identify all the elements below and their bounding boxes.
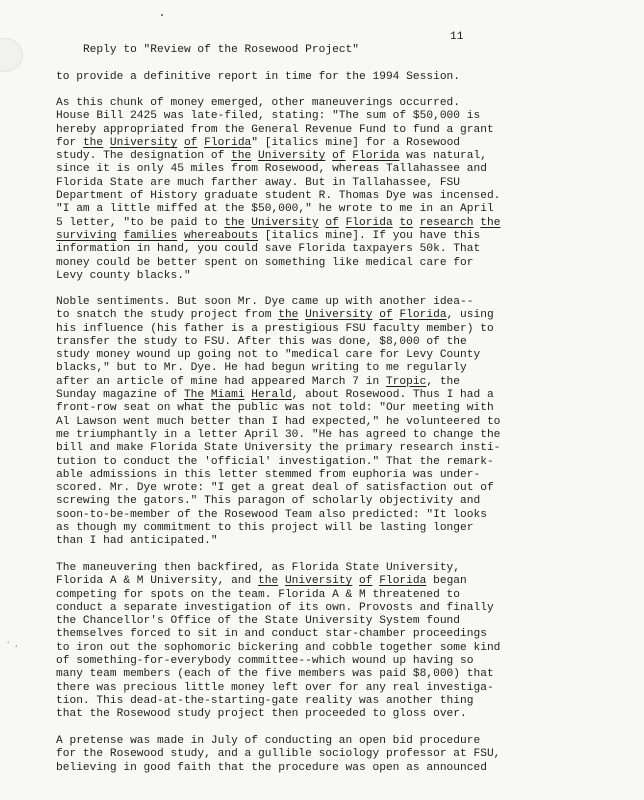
text-line: money could be better spent on something…	[56, 257, 500, 270]
speck-mark	[161, 14, 163, 16]
text-line: to provide a definitive report in time f…	[56, 71, 460, 84]
text-line: for the Rosewood study, and a gullible s…	[56, 748, 500, 761]
text-line: me triumphantly in a letter April 30. "H…	[56, 429, 500, 442]
text-line: scored. Mr. Dye wrote: "I get a great de…	[56, 482, 500, 495]
text-line: information in hand, you could save Flor…	[56, 243, 500, 256]
text-line: there was precious little money left ove…	[56, 682, 500, 695]
margin-mark: ´¸	[5, 638, 21, 655]
text-line: able admissions in this letter stemmed f…	[56, 469, 500, 482]
text-line: soon-to-be-member of the Rosewood Team a…	[56, 509, 500, 522]
text-line: tution to conduct the 'official' investi…	[56, 456, 500, 469]
text-line: Sunday magazine of The Miami Herald, abo…	[56, 389, 500, 402]
text-line: Levy county blacks."	[56, 270, 500, 283]
text-line: themselves forced to sit in and conduct …	[56, 628, 500, 641]
text-line: Florida State are much farther away. But…	[56, 177, 500, 190]
page-number: 11	[450, 31, 463, 44]
text-line: to snatch the study project from the Uni…	[56, 309, 500, 322]
paragraph-5: A pretense was made in July of conductin…	[56, 735, 500, 775]
paragraph-2: As this chunk of money emerged, other ma…	[56, 97, 500, 283]
text-line: than I had anticipated."	[56, 535, 500, 548]
text-line: 5 letter, "to be paid to the University …	[56, 217, 500, 230]
paragraph-1: to provide a definitive report in time f…	[56, 71, 460, 84]
header-title: Reply to "Review of the Rosewood Project…	[83, 44, 359, 56]
text-line: to iron out the sophomoric bickering and…	[56, 642, 500, 655]
text-line: The maneuvering then backfired, as Flori…	[56, 562, 500, 575]
text-line: the Chancellor's Office of the State Uni…	[56, 615, 500, 628]
text-line: his influence (his father is a prestigio…	[56, 323, 500, 336]
text-line: study money wound up going not to "medic…	[56, 349, 500, 362]
text-line: A pretense was made in July of conductin…	[56, 735, 500, 748]
text-line: surviving families whereabouts [italics …	[56, 230, 500, 243]
text-line: blacks," but to Mr. Dye. He had begun wr…	[56, 362, 500, 375]
text-line: that the Rosewood study project then pro…	[56, 708, 500, 721]
text-line: "I am a little miffed at the $50,000," h…	[56, 203, 500, 216]
text-line: front-row seat on what the public was no…	[56, 402, 500, 415]
punch-hole	[0, 38, 23, 72]
text-line: since it is only 45 miles from Rosewood,…	[56, 163, 500, 176]
text-line: for the University of Florida" [italics …	[56, 137, 500, 150]
text-line: hereby appropriated from the General Rev…	[56, 124, 500, 137]
text-line: bill and make Florida State University t…	[56, 442, 500, 455]
text-line: Department of History graduate student R…	[56, 190, 500, 203]
text-line: Florida A & M University, and the Univer…	[56, 575, 500, 588]
text-line: tion. This dead-at-the-starting-gate rea…	[56, 695, 500, 708]
text-line: House Bill 2425 was late-filed, stating:…	[56, 110, 500, 123]
text-line: Al Lawson went much better than I had ex…	[56, 416, 500, 429]
text-line: believing in good faith that the procedu…	[56, 762, 500, 775]
text-line: competing for spots on the team. Florida…	[56, 589, 500, 602]
text-line: after an article of mine had appeared Ma…	[56, 376, 500, 389]
paragraph-4: The maneuvering then backfired, as Flori…	[56, 562, 500, 722]
text-line: conduct a separate investigation of its …	[56, 602, 500, 615]
text-line: as though my commitment to this project …	[56, 522, 500, 535]
text-line: As this chunk of money emerged, other ma…	[56, 97, 500, 110]
text-line: study. The designation of the University…	[56, 150, 500, 163]
text-line: many team members (each of the five memb…	[56, 668, 500, 681]
paragraph-3: Noble sentiments. But soon Mr. Dye came …	[56, 296, 500, 549]
text-line: Noble sentiments. But soon Mr. Dye came …	[56, 296, 500, 309]
text-line: screwing the gators." This paragon of sc…	[56, 495, 500, 508]
document-page: ´¸ Reply to "Review of the Rosewood Proj…	[0, 0, 644, 800]
text-line: transfer the study to FSU. After this wa…	[56, 336, 500, 349]
text-line: of something-for-everybody committee--wh…	[56, 655, 500, 668]
